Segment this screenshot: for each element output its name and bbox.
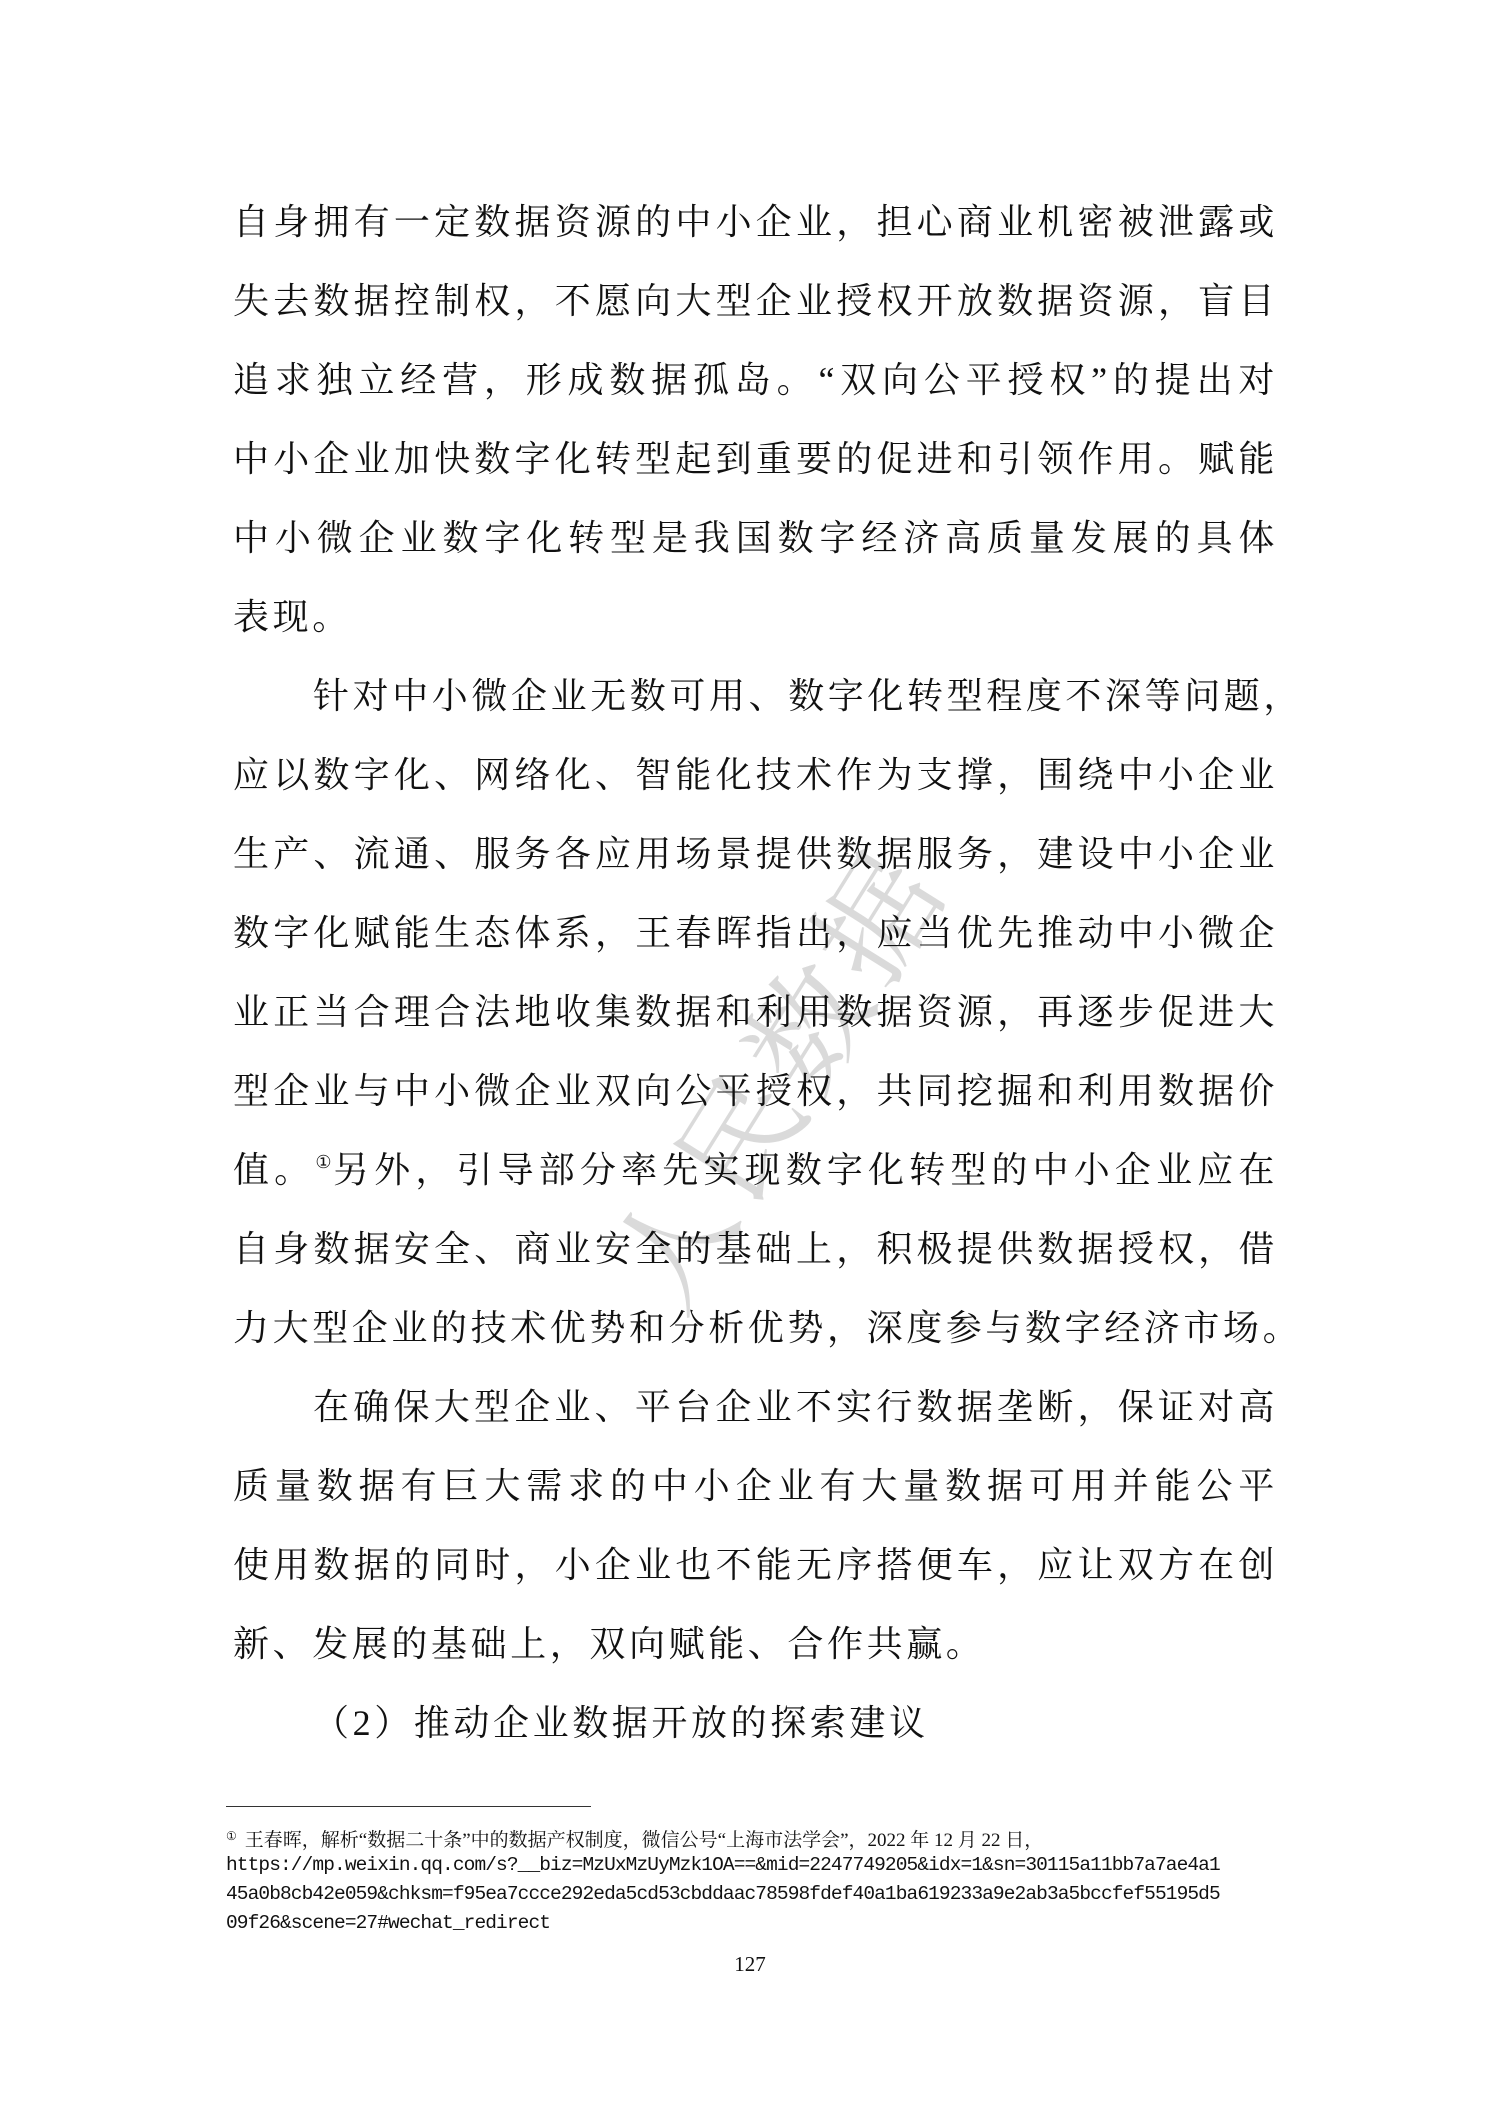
footnote-mark: ①: [226, 1829, 237, 1843]
body-line: 新、发展的基础上，双向赋能、合作共赢。: [233, 1605, 1278, 1684]
body-line-with-footnote: 值。①另外，引导部分率先实现数字化转型的中小企业应在: [233, 1131, 1278, 1210]
body-line: 型企业与中小微企业双向公平授权，共同挖掘和利用数据价: [233, 1052, 1278, 1131]
footnote: ①王春晖，解析“数据二十条”中的数据产权制度，微信公号“上海市法学会”，2022…: [226, 1822, 1286, 1938]
footnote-url-line[interactable]: https://mp.weixin.qq.com/s?__biz=MzUxMzU…: [226, 1851, 1286, 1880]
footnote-separator: [226, 1806, 591, 1807]
document-page: 人民数据 自身拥有一定数据资源的中小企业，担心商业机密被泄露或 失去数据控制权，…: [0, 0, 1500, 2121]
body-line: 中小微企业数字化转型是我国数字经济高质量发展的具体: [233, 499, 1278, 578]
paragraph-start-line: 在确保大型企业、平台企业不实行数据垄断，保证对高: [233, 1368, 1278, 1447]
body-line: 质量数据有巨大需求的中小企业有大量数据可用并能公平: [233, 1447, 1278, 1526]
body-text: 自身拥有一定数据资源的中小企业，担心商业机密被泄露或 失去数据控制权，不愿向大型…: [233, 183, 1278, 1763]
footnote-reference[interactable]: ①: [315, 1152, 333, 1172]
footnote-citation-line: ①王春晖，解析“数据二十条”中的数据产权制度，微信公号“上海市法学会”，2022…: [226, 1822, 1286, 1851]
body-line: 力大型企业的技术优势和分析优势，深度参与数字经济市场。: [233, 1289, 1278, 1368]
body-line: 数字化赋能生态体系，王春晖指出，应当优先推动中小微企: [233, 894, 1278, 973]
body-line: 业正当合理合法地收集数据和利用数据资源，再逐步促进大: [233, 973, 1278, 1052]
body-line: 自身数据安全、商业安全的基础上，积极提供数据授权，借: [233, 1210, 1278, 1289]
body-text-segment: 另外，引导部分率先实现数字化转型的中小企业应在: [333, 1150, 1278, 1190]
footnote-url-line[interactable]: 09f26&scene=27#wechat_redirect: [226, 1909, 1286, 1938]
paragraph-start-line: 针对中小微企业无数可用、数字化转型程度不深等问题，: [233, 657, 1278, 736]
body-text-segment: 值。: [233, 1150, 315, 1190]
body-line: 自身拥有一定数据资源的中小企业，担心商业机密被泄露或: [233, 183, 1278, 262]
body-line: 生产、流通、服务各应用场景提供数据服务，建设中小企业: [233, 815, 1278, 894]
section-heading: （2）推动企业数据开放的探索建议: [233, 1684, 1278, 1763]
body-line: 追求独立经营，形成数据孤岛。“双向公平授权”的提出对: [233, 341, 1278, 420]
body-line: 中小企业加快数字化转型起到重要的促进和引领作用。赋能: [233, 420, 1278, 499]
body-line: 使用数据的同时，小企业也不能无序搭便车，应让双方在创: [233, 1526, 1278, 1605]
page-number: 127: [0, 1952, 1500, 1977]
body-line: 失去数据控制权，不愿向大型企业授权开放数据资源，盲目: [233, 262, 1278, 341]
footnote-url-line[interactable]: 45a0b8cb42e059&chksm=f95ea7ccce292eda5cd…: [226, 1880, 1286, 1909]
body-line: 应以数字化、网络化、智能化技术作为支撑，围绕中小企业: [233, 736, 1278, 815]
body-line: 表现。: [233, 578, 1278, 657]
footnote-citation: 王春晖，解析“数据二十条”中的数据产权制度，微信公号“上海市法学会”，2022 …: [245, 1830, 1044, 1851]
